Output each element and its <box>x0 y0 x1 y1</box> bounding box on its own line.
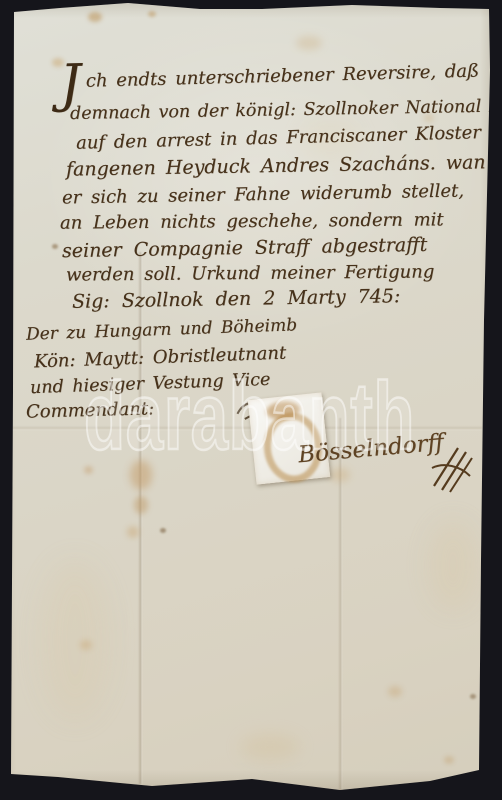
auction-watermark: darabanth <box>84 362 415 472</box>
manuscript-line: werden soll. Urkund meiner Fertigung <box>66 261 434 285</box>
stain-spot <box>88 12 102 22</box>
manuscript-line: an Leben nichts geschehe, sondern mit <box>60 209 444 233</box>
stain-spot <box>240 734 300 760</box>
stain-spot <box>40 560 110 720</box>
stain-spot <box>148 11 156 17</box>
stain-spot <box>388 686 402 697</box>
stain-spot <box>428 520 478 610</box>
stain-spot <box>134 496 148 514</box>
stain-spot <box>52 244 58 249</box>
stain-spot <box>127 526 139 538</box>
photo-of-document: Jch endts unterschriebener Reversire, da… <box>0 0 502 800</box>
stain-spot <box>470 694 476 699</box>
signature-paraph <box>424 442 476 494</box>
stain-spot <box>296 36 322 50</box>
stain-spot <box>160 528 166 533</box>
stain-spot <box>444 756 454 764</box>
